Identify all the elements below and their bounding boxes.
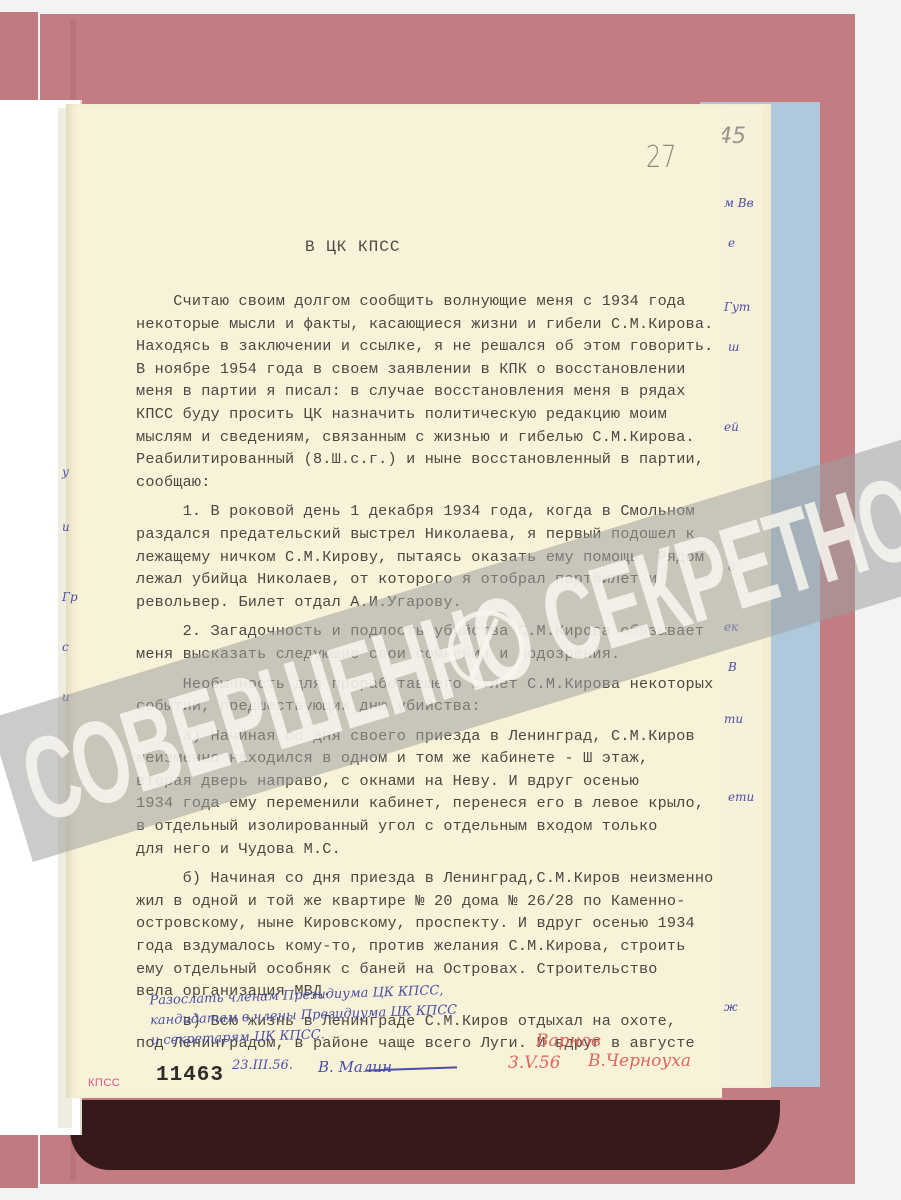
text-line: 1. В роковой день 1 декабря 1934 года, к… bbox=[136, 500, 726, 523]
margin-note: Гут bbox=[724, 300, 750, 314]
margin-note: д- bbox=[728, 560, 740, 574]
text-line: в отдельный изолированный угол с отдельн… bbox=[136, 815, 726, 838]
document-body: Считаю своим долгом сообщить волнующие м… bbox=[136, 290, 726, 1055]
red-name-1: Варнов bbox=[536, 1030, 601, 1052]
text-line: сообщаю: bbox=[136, 471, 726, 494]
kpss-stamp: КПСС bbox=[88, 1077, 120, 1089]
margin-note: м Вв bbox=[724, 196, 754, 210]
text-line: Реабилитированный (8.Ш.с.г.) и ныне восс… bbox=[136, 448, 726, 471]
red-name-2: В.Черноуха bbox=[588, 1050, 691, 1072]
text-line: револьвер. Билет отдал А.И.Угарову. bbox=[136, 591, 726, 614]
margin-note: ей bbox=[724, 420, 739, 434]
signature: В. Малин bbox=[318, 1058, 392, 1076]
text-line: для него и Чудова М.С. bbox=[136, 838, 726, 861]
margin-note: у bbox=[62, 465, 69, 479]
text-line: событий, предшествующих дню убийства: bbox=[136, 695, 726, 718]
text-line: 2. Загадочность и подлость убийства С.М.… bbox=[136, 620, 726, 643]
text-line: островскому, ныне Кировскому, проспекту.… bbox=[136, 912, 726, 935]
text-line: некоторые мысли и факты, касающиеся жизн… bbox=[136, 313, 726, 336]
text-line: лежал убийца Николаев, от которого я ото… bbox=[136, 568, 726, 591]
text-line: года вздумалось кому-то, против желания … bbox=[136, 935, 726, 958]
text-line: Считаю своим долгом сообщить волнующие м… bbox=[136, 290, 726, 313]
page-shadow bbox=[70, 1100, 780, 1170]
text-line: неизменно находился в одном и том же каб… bbox=[136, 747, 726, 770]
margin-note: и bbox=[62, 520, 70, 534]
text-line: а) Начиная со дня своего приезда в Ленин… bbox=[136, 725, 726, 748]
margin-note: ш bbox=[728, 340, 739, 354]
margin-note: Гр bbox=[62, 590, 78, 604]
text-line: Необычность для проработавшего 9 лет С.М… bbox=[136, 673, 726, 696]
margin-note: с bbox=[62, 640, 69, 654]
text-line: б) Начиная со дня приезда в Ленинград,С.… bbox=[136, 867, 726, 890]
text-line: Находясь в заключении и ссылке, я не реш… bbox=[136, 335, 726, 358]
text-line: мыслям и сведениям, связанным с жизнью и… bbox=[136, 426, 726, 449]
back-page-number: 45 bbox=[718, 124, 746, 149]
text-line: вторая дверь направо, с окнами на Неву. … bbox=[136, 770, 726, 793]
text-line: жил в одной и той же квартире № 20 дома … bbox=[136, 890, 726, 913]
page-number: 27 bbox=[646, 140, 677, 175]
margin-note: ети bbox=[728, 790, 754, 804]
margin-note: ек bbox=[724, 620, 738, 634]
text-line: меня в партии я писал: в случае восстано… bbox=[136, 380, 726, 403]
archive-date: 23.III.56. bbox=[232, 1058, 293, 1073]
margin-note: В bbox=[728, 660, 737, 674]
margin-note: е bbox=[728, 236, 735, 250]
archive-number: 11463 bbox=[156, 1064, 224, 1087]
text-line: 1934 года ему переменили кабинет, перене… bbox=[136, 792, 726, 815]
text-line: меня высказать следующие свои сомнения и… bbox=[136, 643, 726, 666]
document-heading: В ЦК КПСС bbox=[305, 238, 400, 256]
margin-note: ж bbox=[724, 1000, 738, 1014]
text-line: лежащему ничком С.М.Кирову, пытаясь оказ… bbox=[136, 546, 726, 569]
text-line: КПСС буду просить ЦК назначить политичес… bbox=[136, 403, 726, 426]
red-date: 3.V.56 bbox=[508, 1052, 561, 1074]
margin-note: и bbox=[62, 690, 70, 704]
text-line: раздался предательский выстрел Николаева… bbox=[136, 523, 726, 546]
text-line: В ноябре 1954 года в своем заявлении в К… bbox=[136, 358, 726, 381]
margin-note: ти bbox=[724, 712, 743, 726]
